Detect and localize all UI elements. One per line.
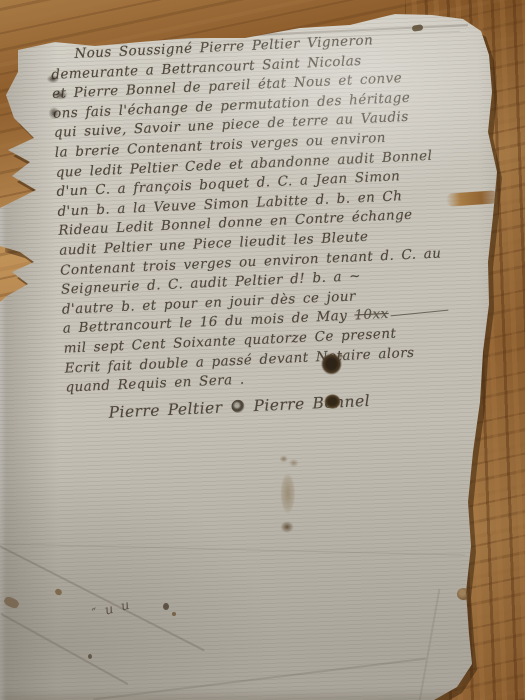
ink-blot — [318, 350, 345, 378]
manuscript-line: mil sept Cent Soixante quatorze Ce prese… — [63, 320, 495, 359]
crease-line — [418, 589, 440, 700]
manuscript-line: que ledit Peltier Cede et abandonne audi… — [55, 144, 487, 183]
ink-smudge — [44, 72, 72, 122]
manuscript-paper: Nous Soussigné Pierre Peltier Vigneron d… — [0, 0, 525, 700]
manuscript-line: la brerie Contenant trois verges ou envi… — [54, 124, 486, 163]
crease-line — [1, 613, 129, 685]
stain-speck — [163, 603, 169, 610]
stain-speck — [54, 588, 63, 597]
strikethrough-flourish — [391, 310, 449, 317]
ink-mark — [412, 24, 424, 32]
crease-line — [0, 543, 205, 651]
manuscript-line: Seigneurie d. C. audit Peltier d! b. a ~ — [61, 261, 493, 300]
crease-line — [93, 658, 426, 700]
stain-speck — [3, 595, 20, 609]
manuscript-line: Contenant trois verges ou environ tenant… — [60, 242, 492, 281]
manuscript-line: et Pierre Bonnel de pareil état Nous et … — [52, 66, 484, 105]
manuscript-line: quand Requis en Sera . — [65, 359, 497, 398]
manuscript-line: demeurante a Bettrancourt Saint Nicolas — [51, 46, 483, 85]
struck-out-text: 10xx — [354, 306, 389, 324]
manuscript-line: qui suive, Savoir une piece de terre au … — [54, 105, 486, 144]
signature-pierre-bonnel: Pierre Bonnel — [253, 392, 370, 415]
ink-blot — [322, 392, 343, 411]
vertical-stain — [277, 454, 301, 536]
signature-pierre-peltier: Pierre Peltier — [108, 398, 223, 421]
crease-line — [0, 543, 465, 556]
photo-scene: Nous Soussigné Pierre Peltier Vigneron d… — [0, 0, 525, 700]
manuscript-line: d'autre b. et pour en jouir dès ce jour — [62, 281, 494, 320]
ochre-stain — [446, 190, 499, 207]
signature-row: Pierre Peltier Pierre Bonnel — [66, 386, 498, 424]
manuscript-line: a Bettrancourt le 16 du mois de May 10xx — [62, 300, 494, 339]
manuscript-text: Nous Soussigné Pierre Peltier Vigneron d… — [50, 26, 499, 423]
stain-speck — [88, 654, 92, 659]
stain-speck — [172, 612, 176, 616]
manuscript-line: audit Peltier une Piece lieudit les Bleu… — [59, 222, 491, 261]
manuscript-line: d'un C. a françois boquet d. C. a Jean S… — [56, 163, 488, 202]
manuscript-line: d'un b. a la Veuve Simon Labitte d. b. e… — [57, 183, 489, 222]
manuscript-line: Ecrit fait double a passé devant Notaire… — [64, 340, 496, 379]
marginal-ink-mark: ″ u u — [91, 597, 133, 621]
manuscript-line: Rideau Ledit Bonnel donne en Contre écha… — [58, 203, 490, 242]
signature-paraph-icon — [231, 400, 245, 414]
manuscript-line: ons fais l'échange de permutation des hé… — [53, 85, 485, 124]
